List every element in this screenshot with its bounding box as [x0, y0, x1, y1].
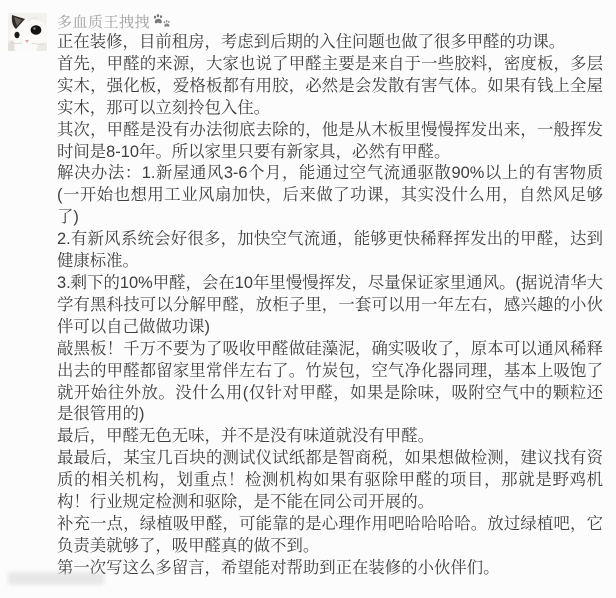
- post-paragraph: 补充一点，绿植吸甲醛，可能靠的是心理作用吧哈哈哈哈。放过绿植吧，它负责美就够了，…: [57, 514, 603, 558]
- post-paragraph: 解决办法：1.新屋通风3-6个月，能通过空气流通驱散90%以上的有害物质(一开始…: [57, 163, 603, 229]
- post-paragraph: 最后，甲醛无色无味，并不是没有味道就没有甲醛。: [57, 426, 603, 448]
- username[interactable]: 多血质王拽拽: [57, 11, 150, 32]
- post-content: 正在装修，目前租房，考虑到后期的入住问题也做了很多甲醛的功课。首先，甲醛的来源，…: [57, 32, 603, 580]
- post-paragraph: 最最后，某宝几百块的测试仪试纸都是智商税，如果想做检测，建议找有资质的相关机构，…: [57, 448, 603, 514]
- post-paragraph: 3.剩下的10%甲醛，会在10年里慢慢挥发，尽量保证家里通风。(据说清华大学有黑…: [57, 273, 603, 339]
- post: 多血质王拽拽 正在装修，目前租房，考虑到后: [0, 0, 616, 598]
- post-paragraph: 第一次写这么多留言，希望能对帮助到正在装修的小伙伴们。: [57, 558, 603, 580]
- username-badges: [153, 14, 171, 28]
- post-paragraph: 正在装修，目前租房，考虑到后期的入住问题也做了很多甲醛的功课。: [57, 32, 603, 54]
- post-header: 多血质王拽拽: [57, 11, 171, 31]
- cat-photo: [8, 13, 47, 51]
- post-paragraph: 首先，甲醛的来源，大家也说了甲醛主要是来自于一些胶料，密度板，多层实木，强化板，…: [57, 54, 603, 120]
- post-paragraph: 其次，甲醛是没有办法彻底去除的，他是从木板里慢慢挥发出来，一般挥发时间是8-10…: [57, 120, 603, 164]
- post-paragraph: 敲黑板！千万不要为了吸收甲醛做硅藻泥，确实吸收了，原本可以通风稀释出去的甲醛都留…: [57, 339, 603, 427]
- watermark: [8, 572, 104, 585]
- post-paragraph: 2.有新风系统会好很多，加快空气流通，能够更快稀释挥发出的甲醛，达到健康标准。: [57, 229, 603, 273]
- paw-print-small-icon: [163, 20, 171, 28]
- user-avatar[interactable]: [8, 13, 47, 51]
